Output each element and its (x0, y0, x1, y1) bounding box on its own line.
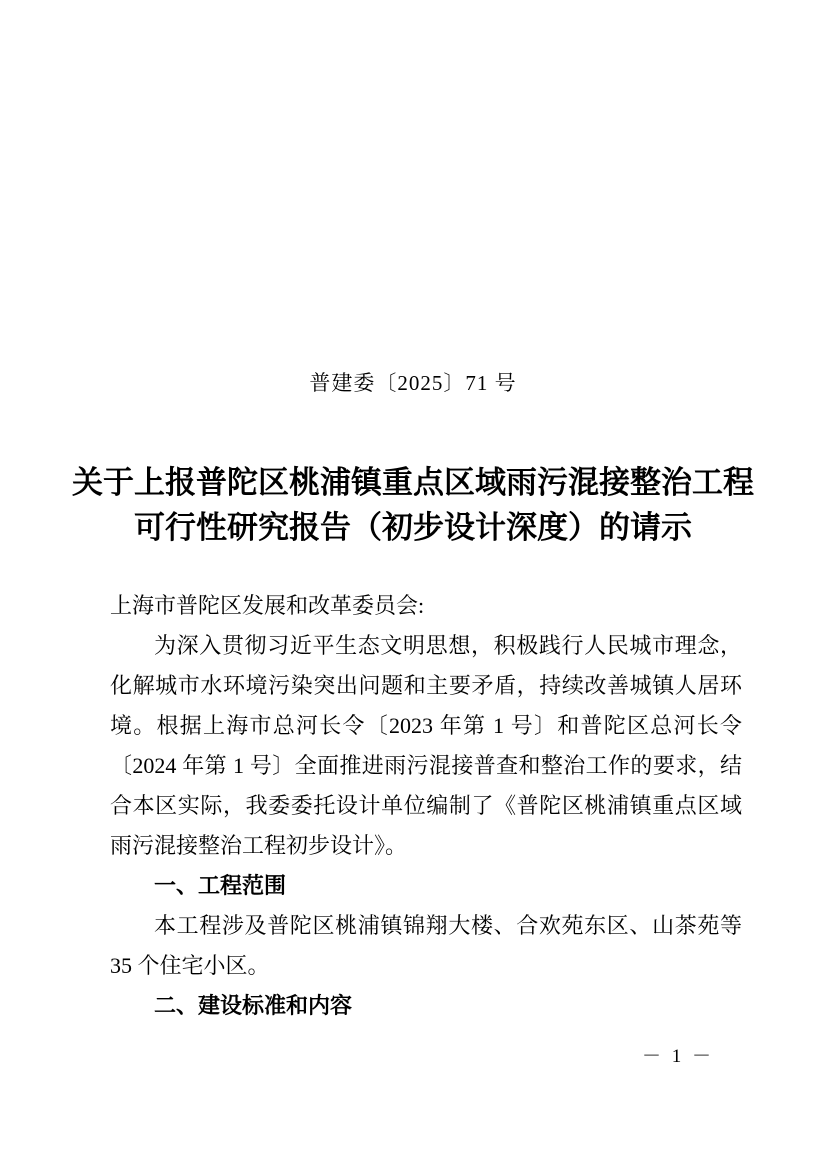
salutation: 上海市普陀区发展和改革委员会: (110, 586, 742, 626)
doc-number: 普建委〔2025〕71 号 (0, 370, 826, 397)
page-number: － 1 － (642, 1044, 714, 1070)
paragraph-2: 本工程涉及普陀区桃浦镇锦翔大楼、合欢苑东区、山茶苑等 35 个住宅小区。 (110, 906, 742, 986)
document-page: 普建委〔2025〕71 号 关于上报普陀区桃浦镇重点区域雨污混接整治工程 可行性… (0, 0, 826, 1169)
title-line-2: 可行性研究报告（初步设计深度）的请示 (134, 510, 692, 545)
document-title: 关于上报普陀区桃浦镇重点区域雨污混接整治工程 可行性研究报告（初步设计深度）的请… (53, 460, 773, 550)
paragraph-1: 为深入贯彻习近平生态文明思想，积极践行人民城市理念，化解城市水环境污染突出问题和… (110, 626, 742, 866)
section-heading-1: 一、工程范围 (110, 866, 742, 906)
title-line-1: 关于上报普陀区桃浦镇重点区域雨污混接整治工程 (72, 465, 754, 500)
section-heading-2: 二、建设标准和内容 (110, 986, 742, 1026)
document-body: 上海市普陀区发展和改革委员会: 为深入贯彻习近平生态文明思想，积极践行人民城市理… (110, 586, 742, 1026)
